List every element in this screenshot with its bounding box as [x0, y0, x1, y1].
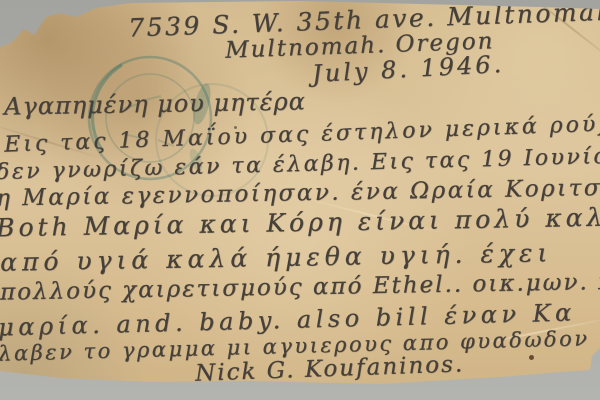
- ink-speck: [234, 126, 237, 129]
- greeting-line: Αγαπημένη μου μητέρα: [4, 87, 306, 120]
- photo-background: 7539 S. W. 35th ave. Multnomah Multnomah…: [0, 0, 600, 400]
- ink-speck: [529, 355, 534, 360]
- postcard: 7539 S. W. 35th ave. Multnomah Multnomah…: [0, 0, 600, 400]
